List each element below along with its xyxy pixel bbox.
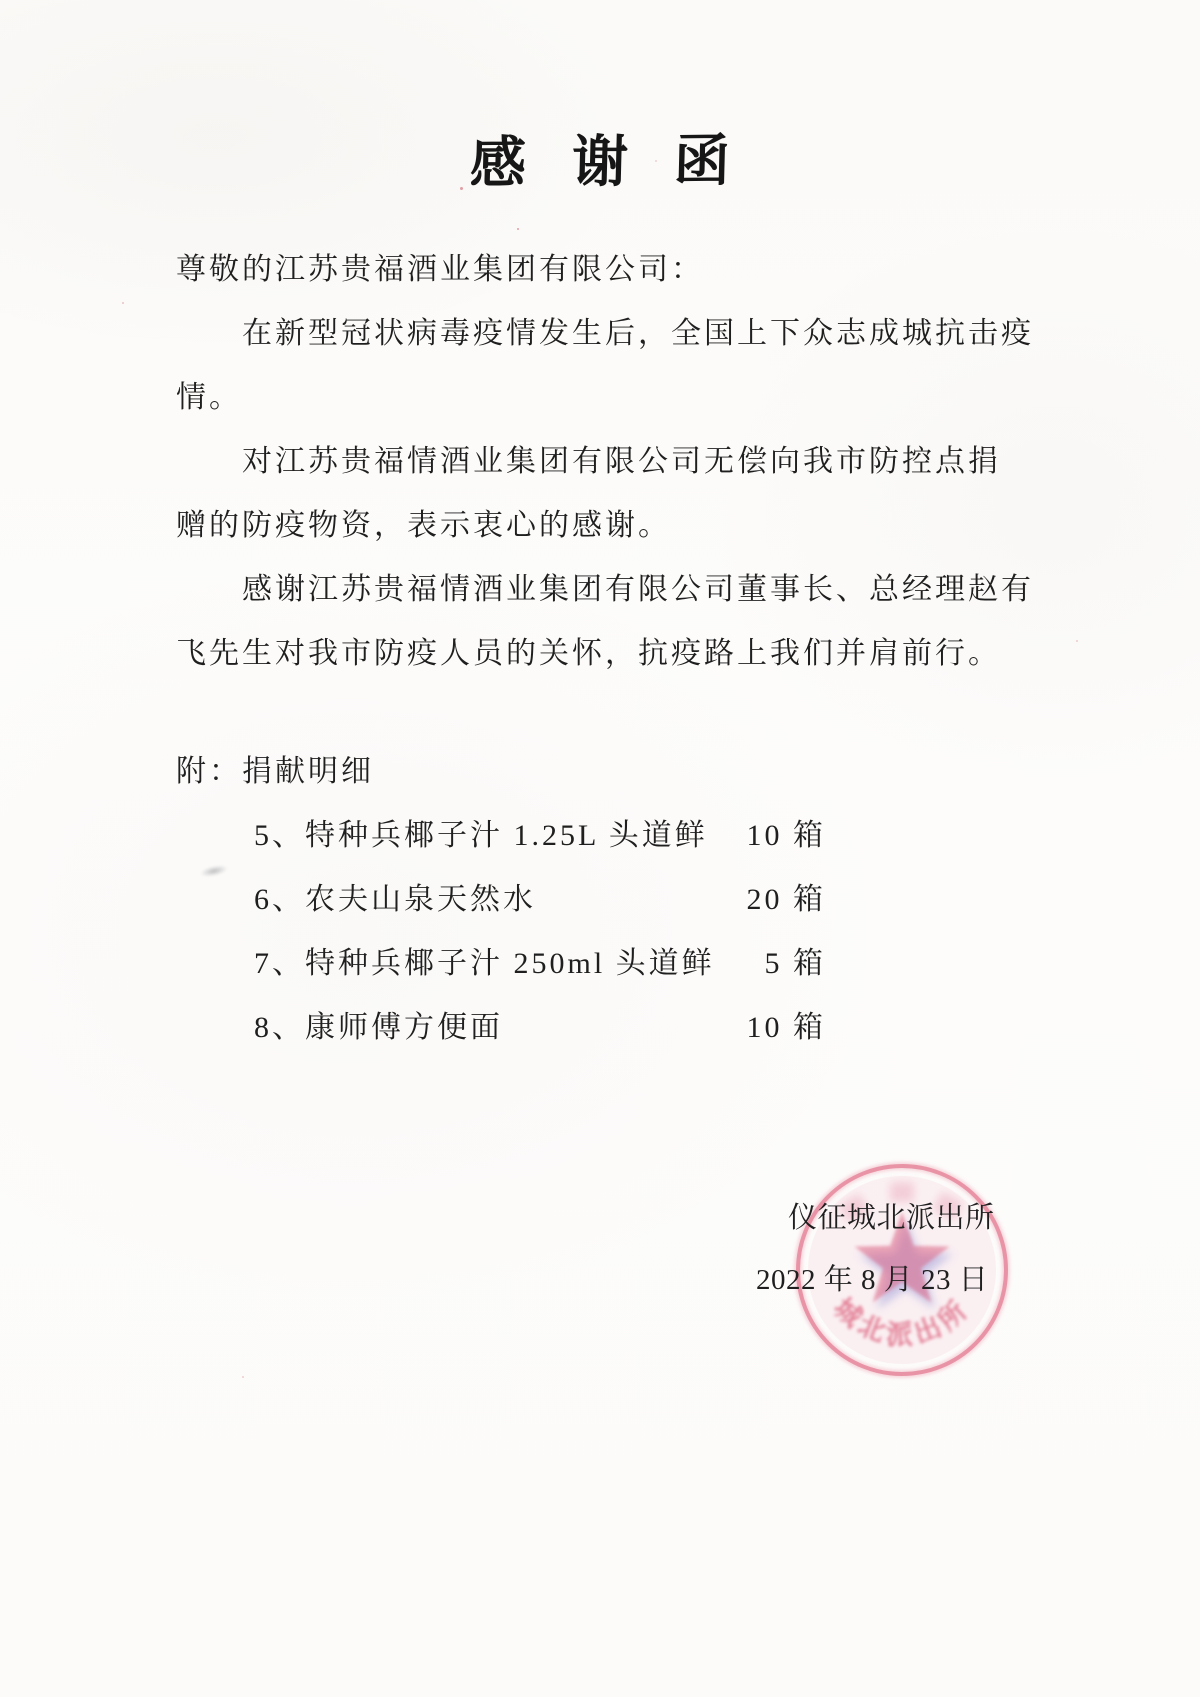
scan-speck — [655, 160, 657, 162]
body-line: 赠的防疫物资，表示衷心的感谢。 — [176, 494, 1028, 558]
body-line: 感谢江苏贵福情酒业集团有限公司董事长、总经理赵有 — [176, 558, 1028, 622]
signature-date: 2022 年 8 月 23 日 — [756, 1260, 988, 1300]
item-name: 特种兵椰子汁 1.25L 头道鲜 — [305, 819, 708, 852]
scan-speck — [517, 228, 519, 230]
item-name: 特种兵椰子汁 250ml 头道鲜 — [305, 947, 715, 980]
body-line: 情。 — [176, 366, 1028, 430]
letter-title: 感谢函 — [0, 112, 1200, 205]
item-quantity: 10 箱 — [681, 996, 826, 1060]
scanned-letter-page: 感谢函 尊敬的江苏贵福酒业集团有限公司： 在新型冠状病毒疫情发生后，全国上下众志… — [0, 0, 1200, 1697]
donation-item-row: 6、农夫山泉天然水 20 箱 — [176, 868, 1028, 932]
item-quantity: 20 箱 — [681, 868, 826, 932]
scan-speck — [460, 187, 463, 190]
item-number: 6、 — [254, 883, 305, 916]
donation-list: 附：捐献明细 5、特种兵椰子汁 1.25L 头道鲜 10 箱 6、农夫山泉天然水… — [176, 740, 1028, 1060]
donation-item-row: 5、特种兵椰子汁 1.25L 头道鲜 10 箱 — [176, 804, 1028, 868]
item-number: 7、 — [254, 947, 305, 980]
letter-body: 尊敬的江苏贵福酒业集团有限公司： 在新型冠状病毒疫情发生后，全国上下众志成城抗击… — [176, 238, 1028, 686]
item-name: 康师傅方便面 — [305, 1011, 503, 1044]
item-name: 农夫山泉天然水 — [305, 883, 536, 916]
body-line: 对江苏贵福情酒业集团有限公司无偿向我市防控点捐 — [176, 430, 1028, 494]
item-number: 5、 — [254, 819, 305, 852]
donation-item-row: 7、特种兵椰子汁 250ml 头道鲜 5 箱 — [176, 932, 1028, 996]
signature-org: 仪征城北派出所 — [788, 1198, 995, 1238]
scan-speck — [242, 1376, 244, 1378]
item-number: 8、 — [254, 1011, 305, 1044]
item-quantity: 5 箱 — [681, 932, 826, 996]
scan-speck — [1076, 640, 1078, 642]
donation-item-row: 8、康师傅方便面 10 箱 — [176, 996, 1028, 1060]
item-quantity: 10 箱 — [681, 804, 826, 868]
body-line: 飞先生对我市防疫人员的关怀，抗疫路上我们并肩前行。 — [176, 622, 1028, 686]
body-line: 在新型冠状病毒疫情发生后，全国上下众志成城抗击疫 — [176, 302, 1028, 366]
salutation-line: 尊敬的江苏贵福酒业集团有限公司： — [176, 238, 1028, 302]
attachment-heading: 附：捐献明细 — [176, 740, 1028, 804]
scan-speck — [122, 302, 124, 304]
